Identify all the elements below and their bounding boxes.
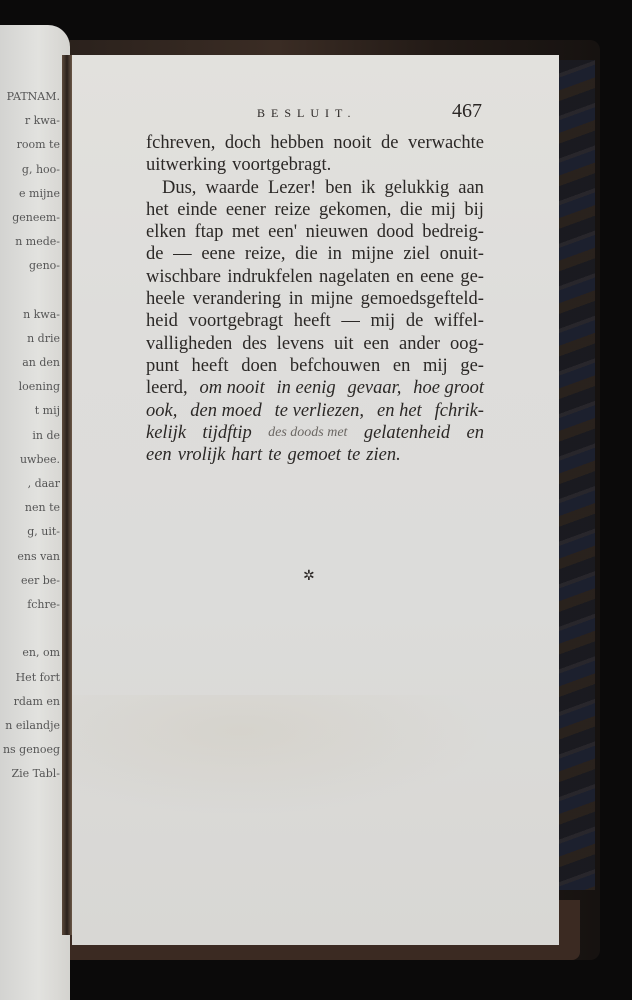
word: om nooit: [199, 377, 264, 399]
word: ftap: [195, 221, 224, 243]
word: gelatenheid: [364, 422, 450, 444]
margin-line: n kwa-: [0, 303, 60, 327]
word: uitwerking: [146, 154, 226, 176]
word: hart: [231, 444, 262, 466]
margin-line: , daar: [0, 472, 60, 496]
word: voortgebragt.: [232, 154, 331, 176]
word: de: [381, 132, 398, 154]
word: gevaar,: [347, 377, 401, 399]
word: heid: [146, 310, 178, 332]
word: ben: [325, 177, 352, 199]
word: befchouwen: [290, 355, 380, 377]
word: mijne: [311, 288, 353, 310]
running-head: BESLUIT.: [257, 106, 356, 121]
text-line: puntheeftdoenbefchouwenenmijge-: [146, 355, 484, 377]
word: —: [341, 310, 360, 332]
word: doch: [225, 132, 261, 154]
word: te verliezen,: [275, 400, 364, 422]
word: gelukkig: [384, 177, 449, 199]
word: een: [146, 444, 172, 466]
word: met: [232, 221, 260, 243]
word: reize,: [245, 243, 286, 265]
word: doen: [241, 355, 277, 377]
word: mij: [371, 310, 396, 332]
word: mijne: [352, 243, 394, 265]
word: vrolijk: [178, 444, 226, 466]
word: punt: [146, 355, 179, 377]
word: een: [363, 333, 389, 355]
word: en: [396, 266, 413, 288]
word: in: [289, 288, 303, 310]
word: nieuwen: [306, 221, 369, 243]
margin-line: e mijne: [0, 182, 60, 206]
word: voortgebragt: [189, 310, 284, 332]
word: te: [268, 444, 281, 466]
word: wiffel-: [434, 310, 484, 332]
margin-line: in de: [0, 424, 60, 448]
word: nagelaten: [319, 266, 390, 288]
word: het: [146, 199, 169, 221]
marbled-board-edge: [555, 60, 595, 890]
word: levens: [277, 333, 324, 355]
margin-line: loening: [0, 375, 60, 399]
word: verwachte: [408, 132, 484, 154]
word: reize: [274, 199, 310, 221]
word: des doods met: [268, 422, 347, 444]
text-line: kelijktijdftipdes doods metgelatenheiden: [146, 422, 484, 444]
word: ik: [361, 177, 375, 199]
word: bij: [464, 199, 484, 221]
text-line: heteindeeenerreizegekomen,diemijbij: [146, 199, 484, 221]
word: die: [400, 199, 423, 221]
margin-line: nen te: [0, 496, 60, 520]
word: en: [466, 422, 483, 444]
margin-line: r kwa-: [0, 109, 60, 133]
word: ge-: [460, 355, 484, 377]
word: leerd,: [146, 377, 188, 399]
word: tijdftip: [202, 422, 251, 444]
word: de: [146, 243, 163, 265]
word: en: [393, 355, 410, 377]
word: die: [295, 243, 318, 265]
word: einde: [177, 199, 217, 221]
word: —: [173, 243, 192, 265]
word: Lezer!: [268, 177, 316, 199]
left-page: PATNAM.r kwa-room teg, hoo-e mijnegeneem…: [0, 25, 70, 1000]
left-page-margin-text: PATNAM.r kwa-room teg, hoo-e mijnegeneem…: [0, 85, 60, 786]
margin-line: en, om: [0, 641, 60, 665]
text-line: de—eenereize,dieinmijnezielonuit-: [146, 243, 484, 265]
page-header: BESLUIT. 467: [182, 100, 482, 130]
text-line: elkenftapmeteen'nieuwendoodbedreig-: [146, 221, 484, 243]
word: eene: [201, 243, 235, 265]
text-line: Dus,waardeLezer!benikgelukkigaan: [146, 177, 484, 199]
left-running-head: PATNAM.: [0, 85, 60, 109]
text-line: fchreven,dochhebbennooitdeverwachte: [146, 132, 484, 154]
margin-line: geno-: [0, 254, 60, 278]
text-line: ook,den moedte verliezen,en hetfchrik-: [146, 400, 484, 422]
word: dood: [377, 221, 414, 243]
margin-line: n drie: [0, 327, 60, 351]
word: indrukfelen: [227, 266, 312, 288]
text-line: heeleveranderinginmijnegemoedsgefteld-: [146, 288, 484, 310]
word: fchrik-: [435, 400, 484, 422]
ornament-icon: ✲: [303, 568, 315, 584]
word: ook,: [146, 400, 177, 422]
word: mij: [423, 355, 448, 377]
word: valligheden: [146, 333, 232, 355]
text-line: uitwerkingvoortgebragt.: [146, 154, 484, 176]
word: zien.: [366, 444, 400, 466]
word: wischbare: [146, 266, 221, 288]
margin-line: fchre-: [0, 593, 60, 617]
body-text: fchreven,dochhebbennooitdeverwachteuitwe…: [146, 132, 484, 466]
word: oog-: [450, 333, 484, 355]
word: Dus,: [162, 177, 196, 199]
word: onuit-: [440, 243, 484, 265]
word: in eenig: [277, 377, 336, 399]
word: bedreig-: [422, 221, 484, 243]
text-line: leerd,om nooitin eeniggevaar,hoe groot: [146, 377, 484, 399]
word: ge-: [460, 266, 484, 288]
word: aan: [458, 177, 484, 199]
text-line: heidvoortgebragtheeft—mijdewiffel-: [146, 310, 484, 332]
margin-line: ns genoeg: [0, 738, 60, 762]
margin-line: eer be-: [0, 569, 60, 593]
margin-line: geneem-: [0, 206, 60, 230]
word: heeft: [294, 310, 331, 332]
margin-line: [0, 617, 60, 641]
margin-line: Het fort: [0, 666, 60, 690]
word: mij: [431, 199, 456, 221]
margin-line: g, uit-: [0, 520, 60, 544]
word: gemoedsgefteld-: [361, 288, 484, 310]
word: de: [406, 310, 423, 332]
word: en het: [377, 400, 422, 422]
word: elken: [146, 221, 186, 243]
margin-line: an den: [0, 351, 60, 375]
word: uit: [334, 333, 354, 355]
margin-line: room te: [0, 133, 60, 157]
word: gekomen,: [319, 199, 391, 221]
word: gemoet: [288, 444, 341, 466]
margin-line: uwbee.: [0, 448, 60, 472]
word: nooit: [333, 132, 371, 154]
word: hoe groot: [413, 377, 484, 399]
word: eener: [226, 199, 266, 221]
word: waarde: [205, 177, 258, 199]
word: heele: [146, 288, 185, 310]
word: kelijk: [146, 422, 186, 444]
word: hebben: [270, 132, 323, 154]
word: verandering: [193, 288, 281, 310]
word: fchreven,: [146, 132, 215, 154]
word: ziel: [403, 243, 430, 265]
text-line: vallighedendeslevensuiteenanderoog-: [146, 333, 484, 355]
word: ander: [399, 333, 440, 355]
margin-line: rdam en: [0, 690, 60, 714]
margin-line: n eilandje: [0, 714, 60, 738]
word: in: [327, 243, 341, 265]
word: te: [347, 444, 360, 466]
word: heeft: [192, 355, 229, 377]
word: eene: [420, 266, 454, 288]
book-gutter: [62, 55, 72, 935]
text-line: wischbareindrukfelennagelateneneenege-: [146, 266, 484, 288]
margin-line: Zie Tabl-: [0, 762, 60, 786]
margin-line: [0, 279, 60, 303]
page-number: 467: [452, 100, 482, 123]
margin-line: n mede-: [0, 230, 60, 254]
word: een': [268, 221, 297, 243]
text-line: eenvrolijkharttegemoettezien.: [146, 444, 484, 466]
margin-line: t mij: [0, 399, 60, 423]
margin-line: ens van: [0, 545, 60, 569]
word: den moed: [190, 400, 261, 422]
margin-line: g, hoo-: [0, 158, 60, 182]
word: des: [242, 333, 267, 355]
